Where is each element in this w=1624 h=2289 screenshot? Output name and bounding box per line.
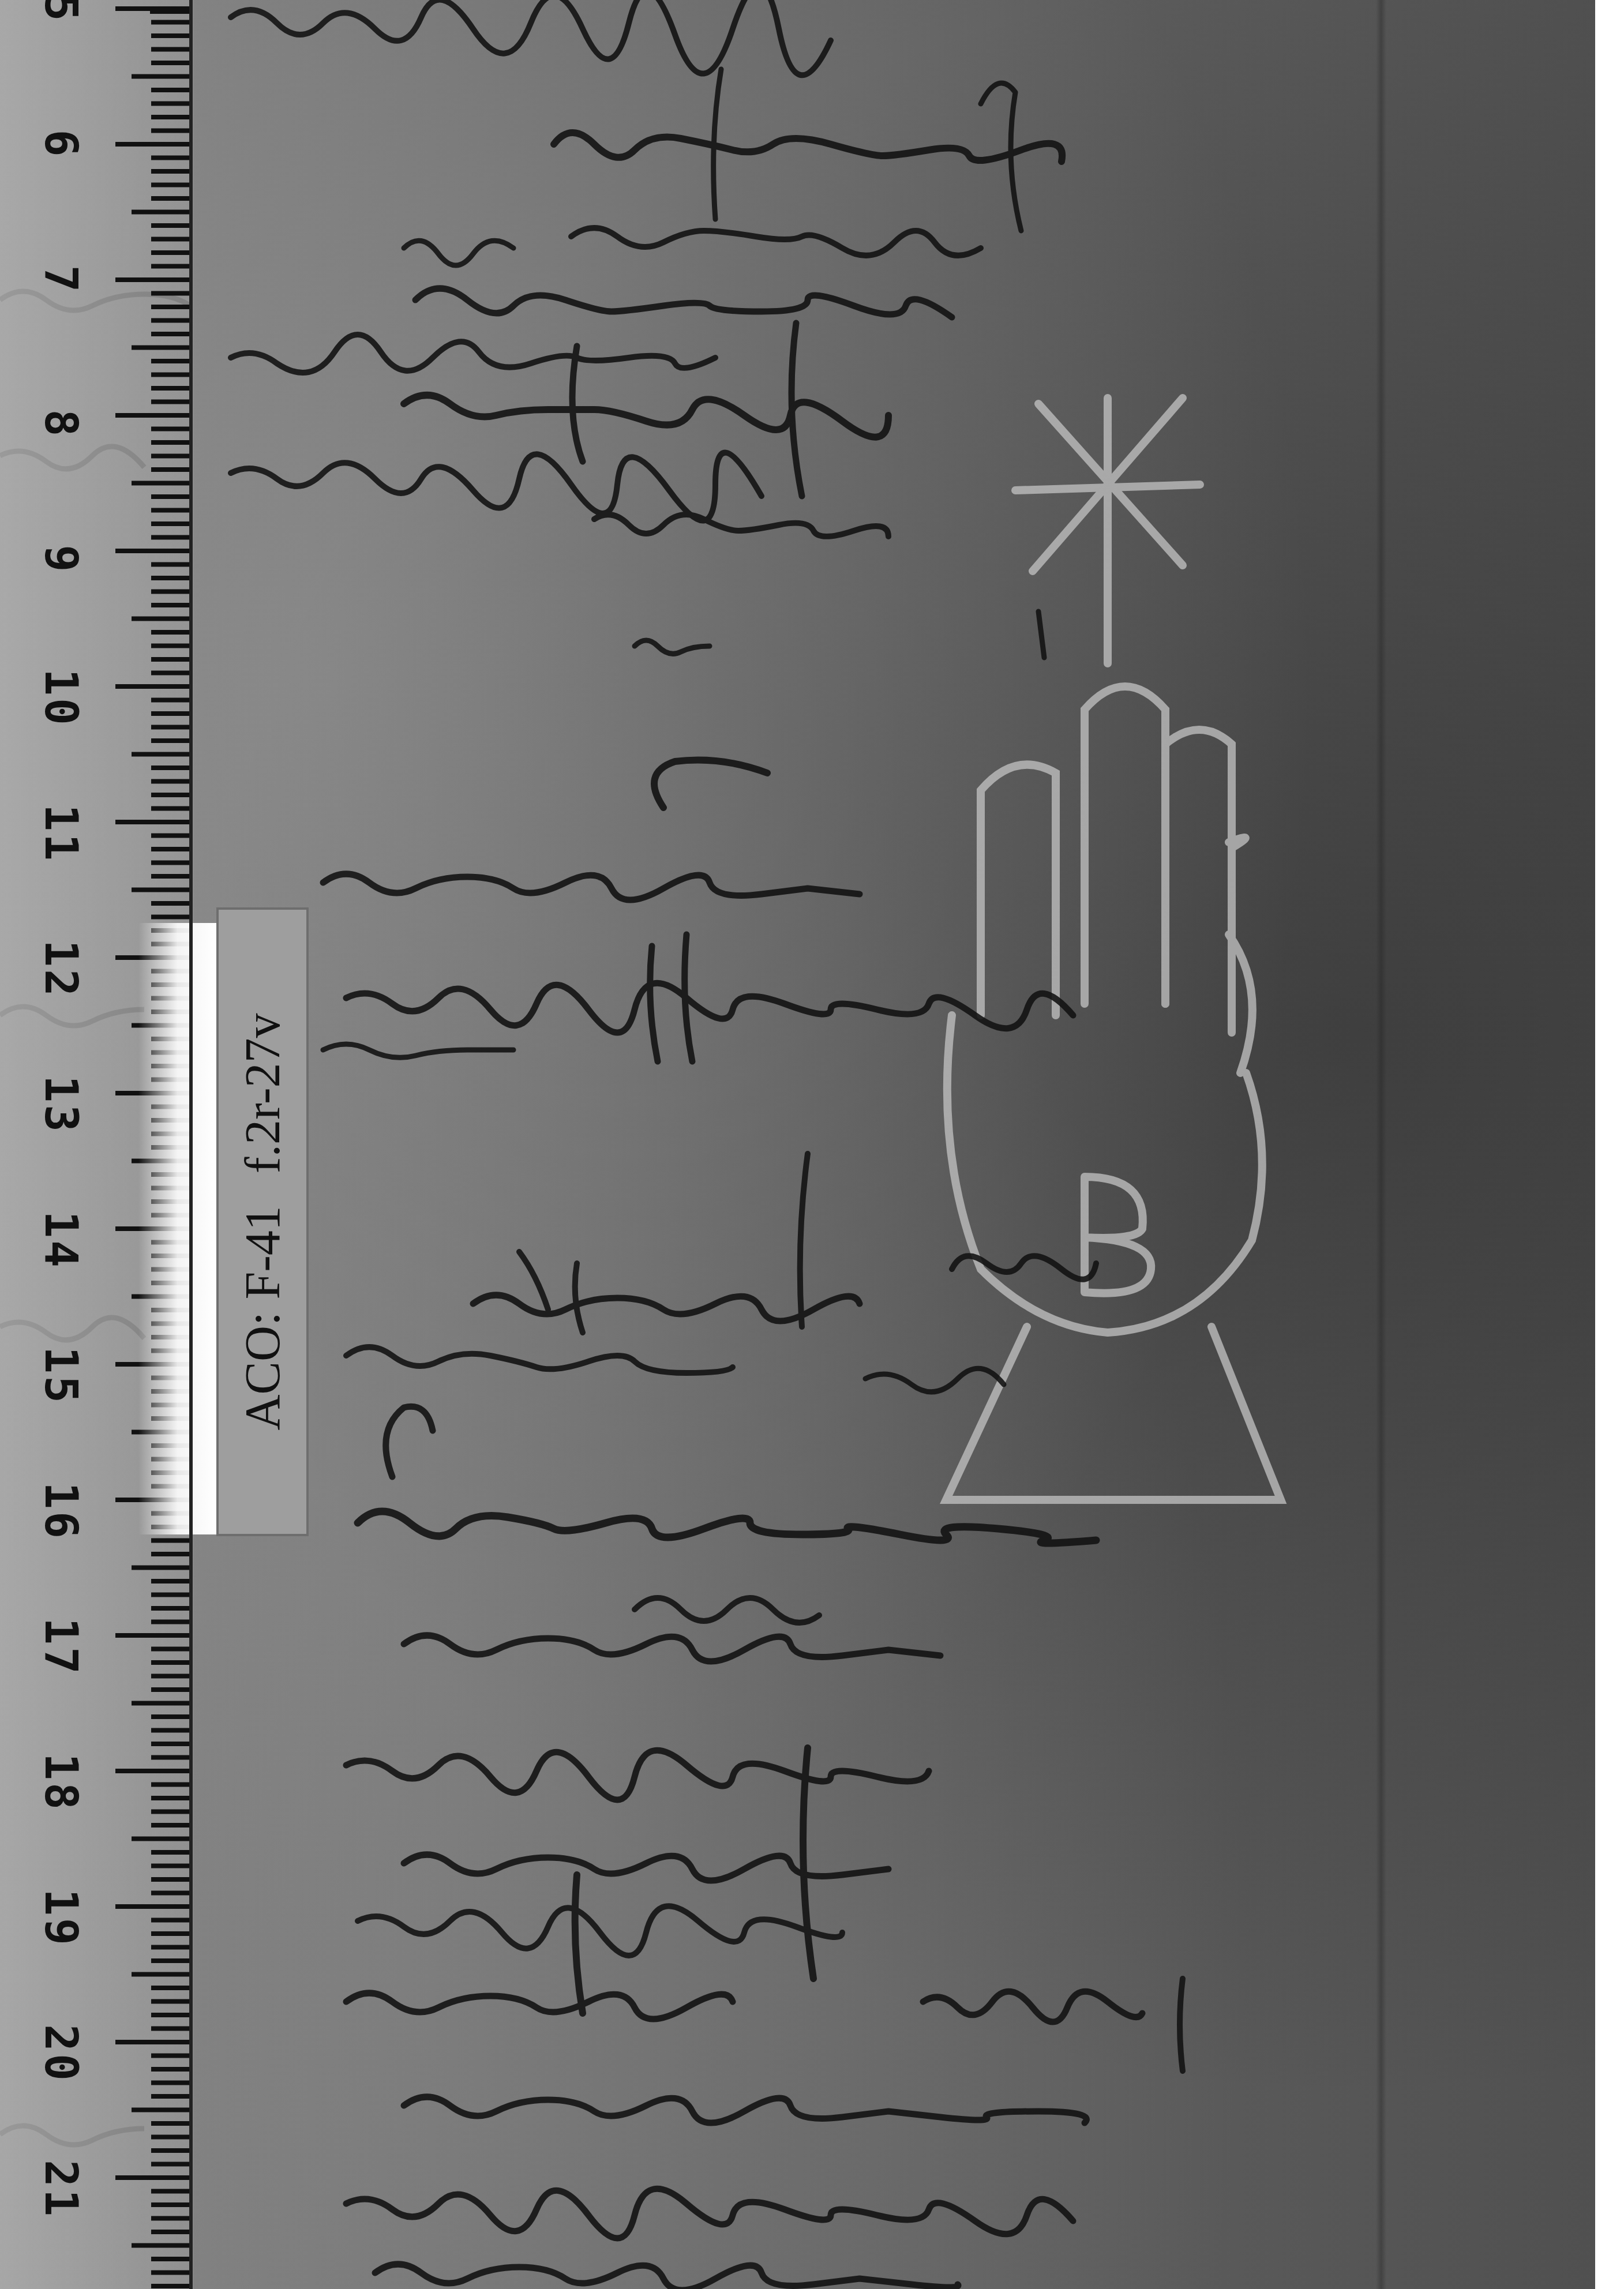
ruler-number: 9 — [35, 522, 87, 597]
ruler-number: 17 — [35, 1609, 87, 1684]
label-text: ACO: F-41f.2r-27v — [234, 933, 291, 1510]
ruler-number: 11 — [35, 796, 87, 871]
ruler-number: 12 — [35, 932, 87, 1007]
ruler-number: 8 — [35, 386, 87, 461]
ruler-number: 7 — [35, 242, 87, 317]
ruler-number: 10 — [35, 661, 87, 736]
ruler-number: 21 — [35, 2152, 87, 2227]
ruler-white-patch — [138, 923, 216, 1534]
ruler-number: 20 — [35, 2016, 87, 2091]
ruler-number: 13 — [35, 1067, 87, 1142]
ruler-number: 18 — [35, 1745, 87, 1820]
shelfmark: ACO: F-41 — [235, 1206, 290, 1430]
folio-range: f.2r-27v — [235, 1013, 290, 1173]
ruler-number: 6 — [35, 107, 87, 182]
ruler-number: 15 — [35, 1338, 87, 1413]
archive-label: ACO: F-41f.2r-27v — [216, 907, 309, 1536]
ruler-edge-line — [189, 0, 193, 2289]
ruler-number: 5 — [35, 0, 87, 46]
ruler-number: 14 — [35, 1203, 87, 1278]
ruler-number: 16 — [35, 1474, 87, 1549]
ruler-number: 19 — [35, 1881, 87, 1956]
